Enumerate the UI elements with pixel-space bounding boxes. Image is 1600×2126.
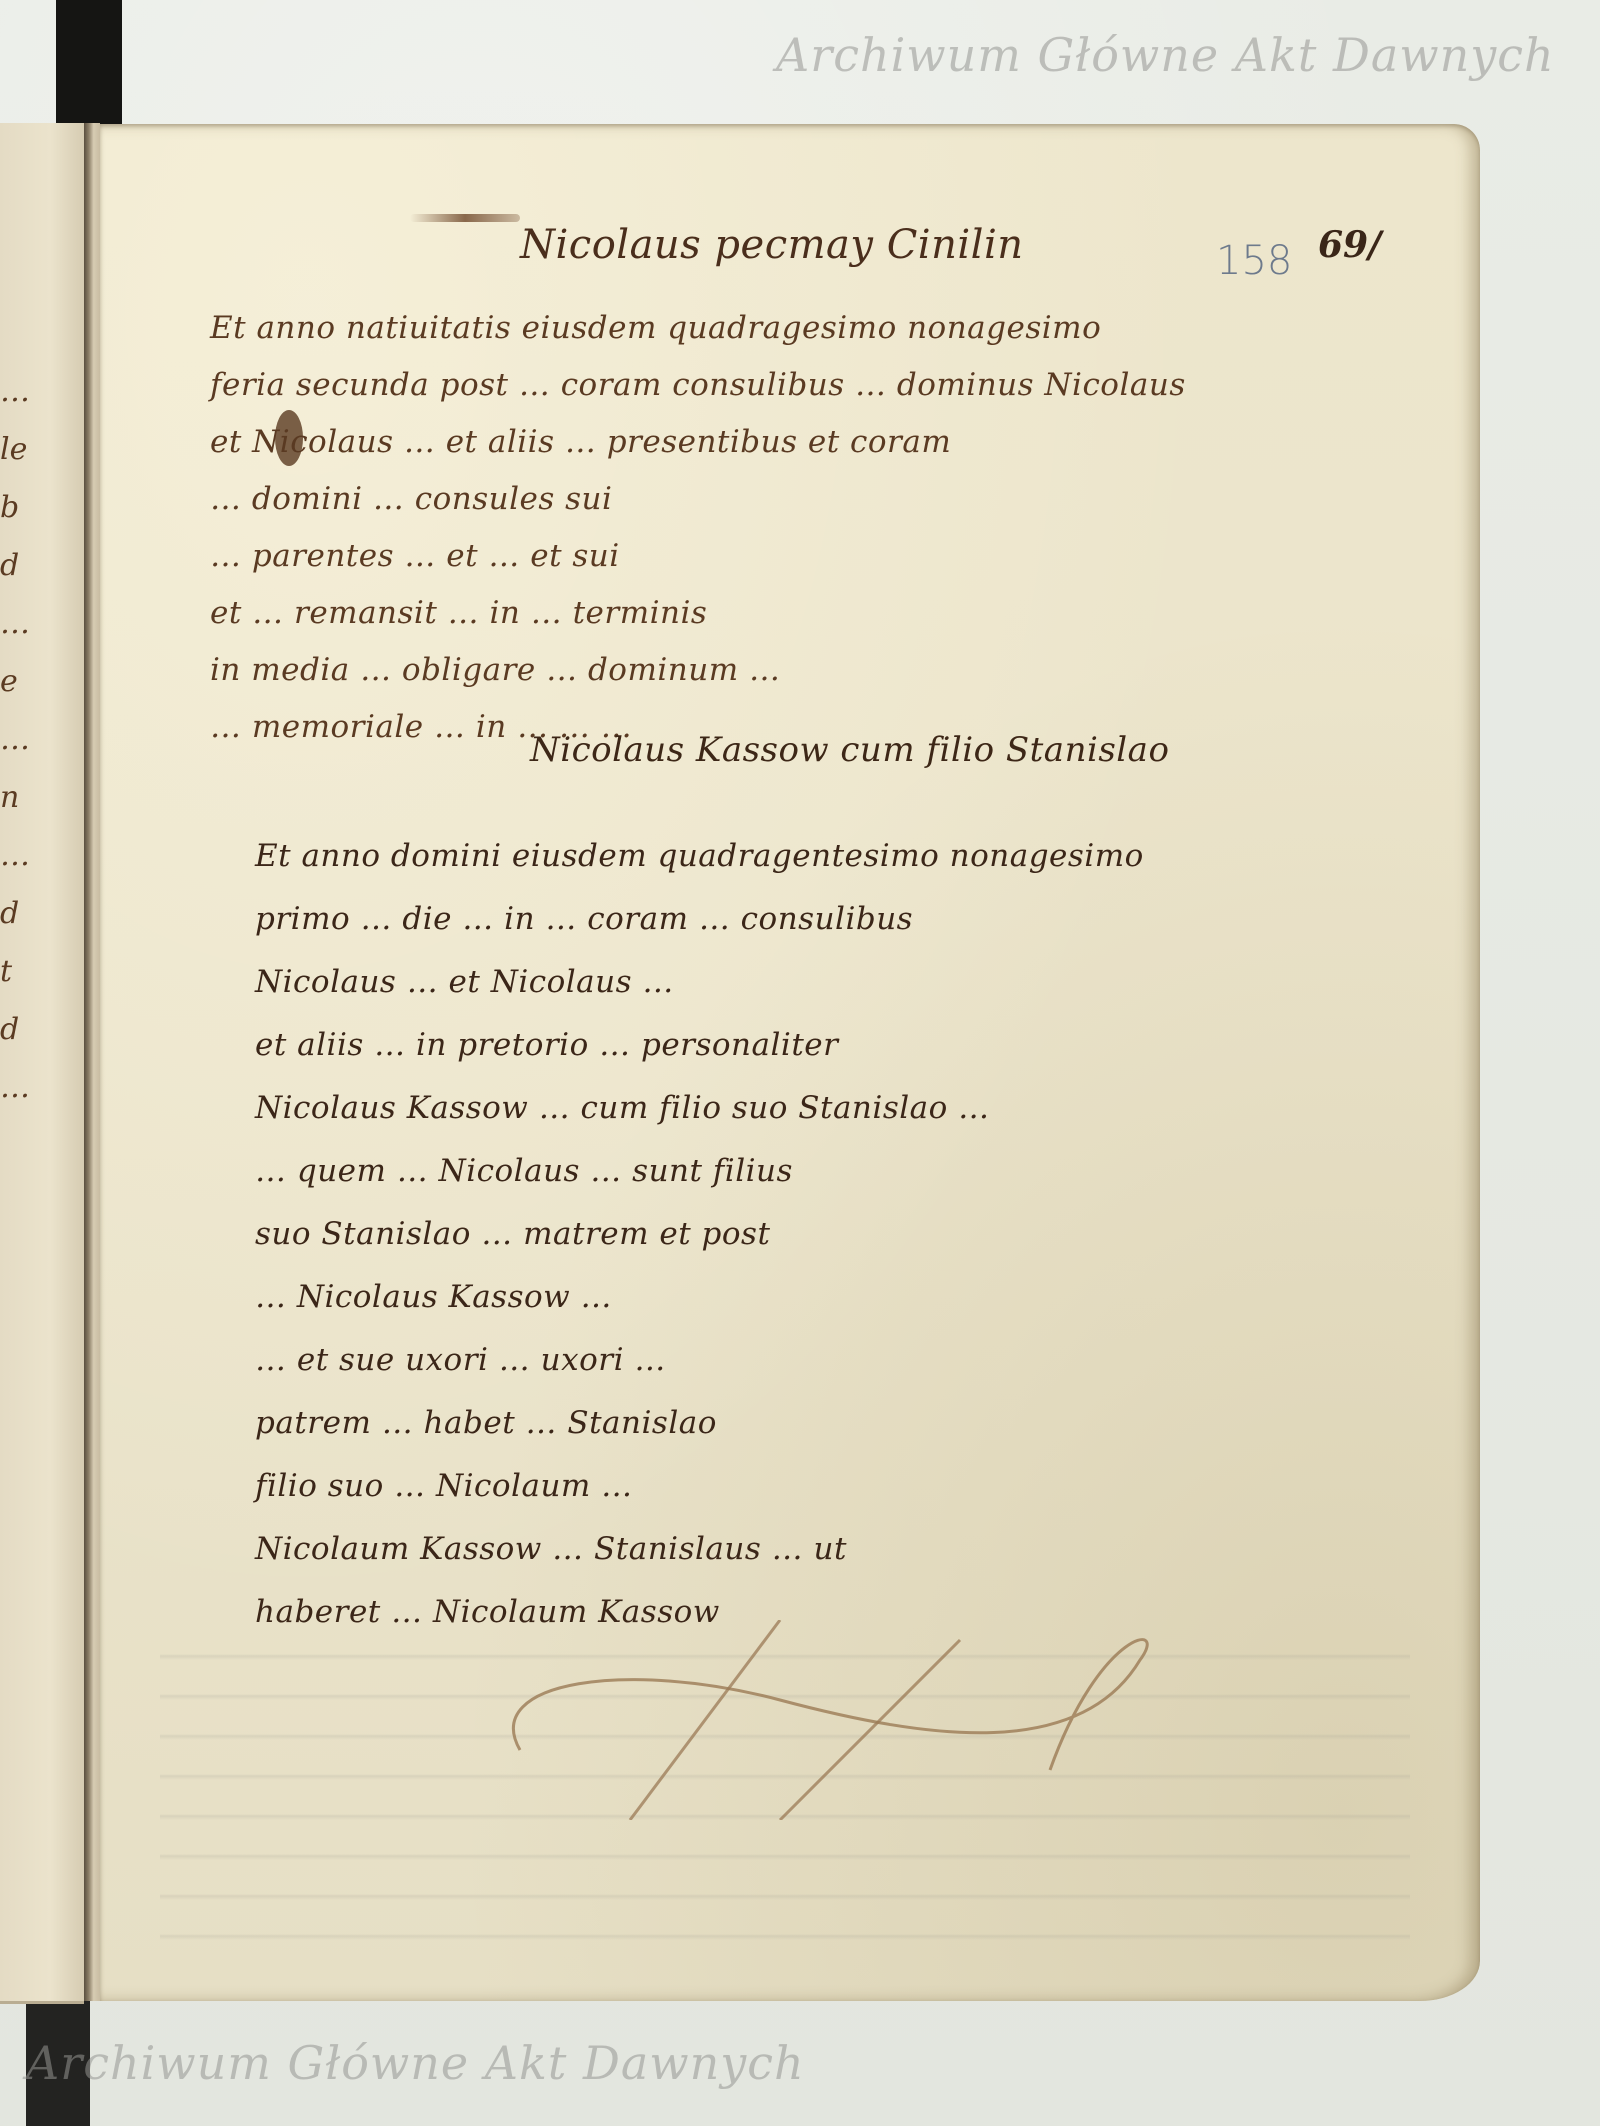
left-page-edge: … le b d … e … n … d t d … — [0, 123, 84, 2004]
text-line: … Nicolaus Kassow … — [255, 1266, 1144, 1329]
text-line: in media … obligare … dominum … — [210, 642, 1186, 699]
text-line: … parentes … et … et sui — [210, 528, 1186, 585]
text-line: suo Stanislao … matrem et post — [255, 1203, 1144, 1266]
text-line: Et anno domini eiusdem quadragentesimo n… — [255, 825, 1144, 888]
fragment: n — [0, 769, 80, 827]
folio-number-pencil: 158 — [1216, 238, 1292, 284]
text-line: et Nicolaus … et aliis … presentibus et … — [210, 414, 1186, 471]
text-line: Nicolaum Kassow … Stanislaus … ut — [255, 1518, 1144, 1581]
text-line: … domini … consules sui — [210, 471, 1186, 528]
text-line: et … remansit … in … terminis — [210, 585, 1186, 642]
fragment: b — [0, 479, 80, 537]
book-gutter — [84, 123, 100, 2001]
signature-flourish — [480, 1620, 1180, 1820]
scan-border-strip-top — [56, 0, 122, 125]
fragment: d — [0, 1001, 80, 1059]
text-line: … quem … Nicolaus … sunt filius — [255, 1140, 1144, 1203]
fragment: … — [0, 363, 80, 421]
entry-subheading: Nicolaus Kassow cum filio Stanislao — [530, 730, 1169, 770]
fragment: d — [0, 885, 80, 943]
fragment: … — [0, 827, 80, 885]
folio-number-ink: 69/ — [1318, 224, 1381, 266]
text-line: … et sue uxori … uxori … — [255, 1329, 1144, 1392]
fragment: … — [0, 711, 80, 769]
text-line: patrem … habet … Stanislao — [255, 1392, 1144, 1455]
text-line: feria secunda post … coram consulibus … … — [210, 357, 1186, 414]
entry-heading: Nicolaus pecmay Cinilin — [520, 222, 1024, 268]
fragment: e — [0, 653, 80, 711]
entry-paragraph-1: Et anno natiuitatis eiusdem quadragesimo… — [210, 300, 1186, 756]
fragment: le — [0, 421, 80, 479]
archive-watermark-bottom: Archiwum Główne Akt Dawnych — [26, 2036, 805, 2090]
text-line: et aliis … in pretorio … personaliter — [255, 1014, 1144, 1077]
left-page-fragments: … le b d … e … n … d t d … — [0, 363, 80, 1117]
heading-flourish — [410, 214, 520, 222]
text-line: primo … die … in … coram … consulibus — [255, 888, 1144, 951]
text-line: Et anno natiuitatis eiusdem quadragesimo… — [210, 300, 1186, 357]
archive-watermark-top: Archiwum Główne Akt Dawnych — [776, 28, 1555, 82]
fragment: … — [0, 1059, 80, 1117]
text-line: filio suo … Nicolaum … — [255, 1455, 1144, 1518]
text-line: Nicolaus Kassow … cum filio suo Stanisla… — [255, 1077, 1144, 1140]
text-line: Nicolaus … et Nicolaus … — [255, 951, 1144, 1014]
fragment: t — [0, 943, 80, 1001]
entry-paragraph-2: Et anno domini eiusdem quadragentesimo n… — [255, 825, 1144, 1644]
fragment: … — [0, 595, 80, 653]
fragment: d — [0, 537, 80, 595]
